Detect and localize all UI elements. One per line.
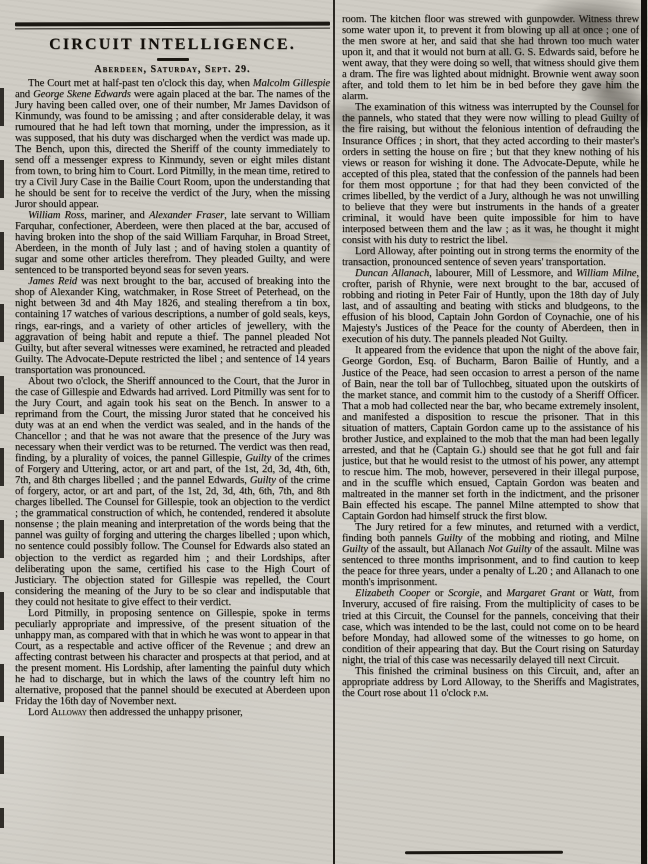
- paragraph: About two o'clock, the Sheriff announced…: [15, 376, 330, 608]
- text-run: , labourer, Mill of Lessmore, and: [429, 268, 576, 279]
- paragraph: Lord Alloway, after pointing out in stro…: [342, 246, 639, 268]
- italic-text: Alexander Fraser: [149, 210, 224, 221]
- paragraph: The Court met at half-past ten o'clock t…: [15, 78, 330, 211]
- text-run: This finished the criminal business on t…: [342, 666, 639, 699]
- italic-text: William Ross: [28, 210, 84, 221]
- italic-text: Malcolm Gillespie: [253, 78, 330, 89]
- text-run: , mariner, and: [84, 210, 149, 221]
- italic-text: Guilty: [342, 544, 368, 555]
- text-run: then addressed the unhappy prisoner,: [87, 707, 243, 718]
- italic-text: Duncan Allanach: [355, 268, 429, 279]
- italic-text: George Skene Edwards: [33, 89, 131, 100]
- text-run: Lord Pitmilly, in proposing sentence on …: [15, 608, 330, 707]
- italic-text: Scorgie: [448, 588, 479, 599]
- text-run: of the crime of forgery, actor, or art a…: [15, 475, 330, 608]
- text-run: room. The kitchen floor was strewed with…: [342, 14, 639, 102]
- text-run: were again placed at the bar. The names …: [15, 89, 330, 210]
- top-double-rule-thin: [15, 28, 330, 30]
- italic-text: James Reid: [28, 276, 77, 287]
- newspaper-page: CIRCUIT INTELLIGENCE. Aberdeen, Saturday…: [0, 0, 648, 864]
- italic-text: Guilty: [245, 453, 271, 464]
- paragraph: It appeared from the evidence that upon …: [342, 345, 639, 522]
- left-column: CIRCUIT INTELLIGENCE. Aberdeen, Saturday…: [15, 22, 330, 718]
- italic-text: Guilty: [436, 533, 462, 544]
- italic-text: Margaret Grant: [506, 588, 575, 599]
- text-run: Lord Alloway, after pointing out in stro…: [342, 246, 639, 268]
- article-end-rule: [405, 851, 563, 855]
- italic-text: Elizabeth Cooper: [355, 588, 430, 599]
- left-edge-print-marks: [0, 88, 4, 828]
- top-double-rule-thick: [15, 22, 330, 27]
- text-run: Lord: [28, 707, 51, 718]
- italic-text: Not Guilty: [488, 544, 532, 555]
- paragraph: Elizabeth Cooper or Scorgie, and Margare…: [342, 588, 639, 665]
- text-run: and: [15, 89, 33, 100]
- text-run: of the assault, but Allanach: [368, 544, 488, 555]
- italic-text: Guilty: [250, 475, 276, 486]
- text-run: or: [575, 588, 593, 599]
- section-heading: CIRCUIT INTELLIGENCE.: [15, 36, 330, 54]
- masthead: CIRCUIT INTELLIGENCE. Aberdeen, Saturday…: [15, 22, 330, 75]
- paragraph: William Ross, mariner, and Alexander Fra…: [15, 210, 330, 276]
- text-run: , crofter, parish of Rhynie, were next b…: [342, 268, 639, 345]
- text-run: , and: [479, 588, 506, 599]
- text-run: of the mobbing and rioting, and Milne: [462, 533, 639, 544]
- paragraph: room. The kitchen floor was strewed with…: [342, 14, 639, 102]
- paragraph: This finished the criminal business on t…: [342, 666, 639, 699]
- right-edge-border: [641, 0, 647, 864]
- heading-ornament-rule: [157, 58, 189, 61]
- paragraph: The Jury retired for a few minutes, and …: [342, 522, 639, 588]
- left-column-body: The Court met at half-past ten o'clock t…: [15, 78, 330, 719]
- text-run: was next brought to the bar, accused of …: [15, 276, 330, 375]
- text-run: or: [430, 588, 448, 599]
- italic-text: William Milne: [576, 268, 636, 279]
- right-column-body: room. The kitchen floor was strewed with…: [342, 14, 639, 699]
- paragraph: James Reid was next brought to the bar, …: [15, 276, 330, 375]
- smallcaps-text: p.m.: [473, 688, 488, 699]
- paragraph: Lord Alloway then addressed the unhappy …: [15, 707, 330, 718]
- text-run: , from Inverury, accused of fire raising…: [342, 588, 639, 665]
- text-run: The examination of this witness was inte…: [342, 102, 639, 246]
- paragraph: The examination of this witness was inte…: [342, 102, 639, 246]
- italic-text: Watt: [593, 588, 612, 599]
- column-divider-rule: [333, 0, 335, 864]
- smallcaps-text: Alloway: [51, 707, 87, 718]
- text-run: About two o'clock, the Sheriff announced…: [15, 376, 330, 464]
- paragraph: Lord Pitmilly, in proposing sentence on …: [15, 608, 330, 707]
- text-run: It appeared from the evidence that upon …: [342, 345, 639, 522]
- dateline: Aberdeen, Saturday, Sept. 29.: [15, 64, 330, 75]
- paragraph: Duncan Allanach, labourer, Mill of Lessm…: [342, 268, 639, 345]
- text-run: The Court met at half-past ten o'clock t…: [28, 78, 253, 89]
- right-column: room. The kitchen floor was strewed with…: [342, 14, 639, 699]
